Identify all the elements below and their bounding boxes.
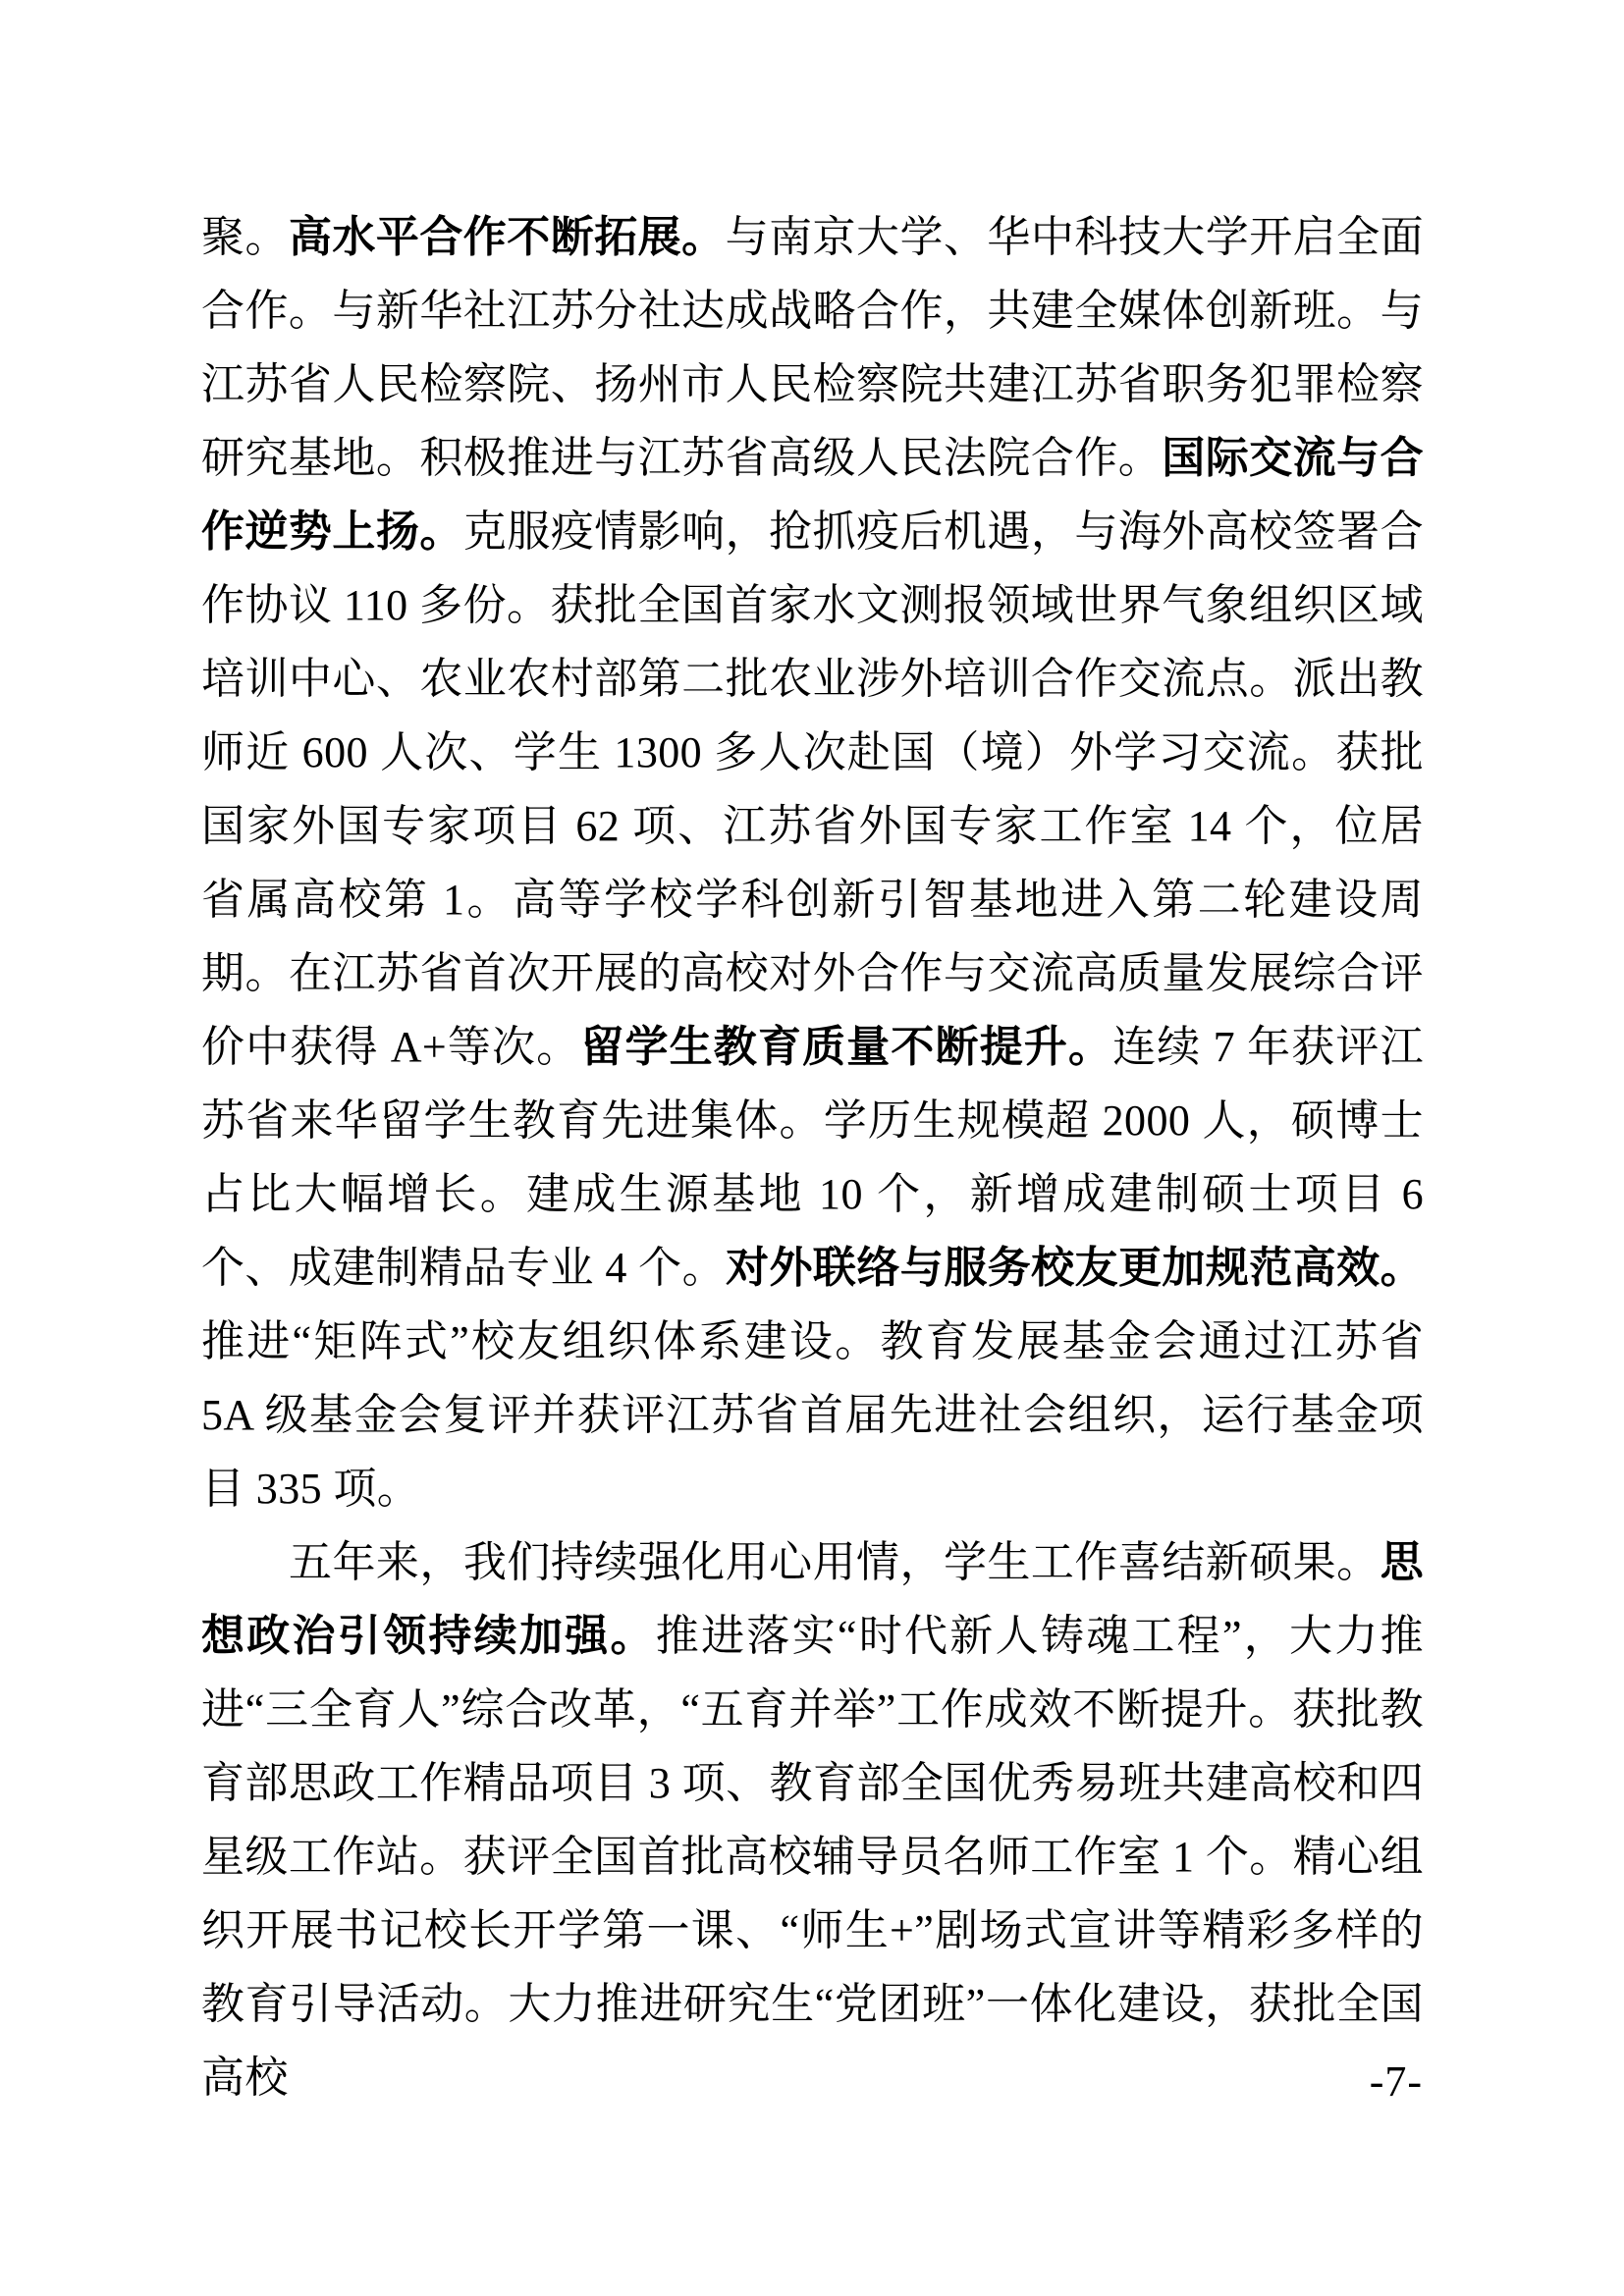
text-run: 克服疫情影响，抢抓疫后机遇，与海外高校签署合作协议 110 多份。获批全国首家水… xyxy=(201,507,1424,1071)
text-run: 五年来，我们持续强化用心用情，学生工作喜结新硕果。 xyxy=(289,1538,1380,1586)
paragraph: 聚。高水平合作不断拓展。与南京大学、华中科技大学开启全面合作。与新华社江苏分社达… xyxy=(201,200,1424,1525)
bold-text-run: 对外联络与服务校友更加规范高效。 xyxy=(726,1244,1424,1292)
paragraph: 五年来，我们持续强化用心用情，学生工作喜结新硕果。思想政治引领持续加强。推进落实… xyxy=(201,1525,1424,2114)
bold-text-run: 留学生教育质量不断提升。 xyxy=(580,1023,1112,1071)
bold-text-run: 高水平合作不断拓展。 xyxy=(289,213,726,261)
document-page: 聚。高水平合作不断拓展。与南京大学、华中科技大学开启全面合作。与新华社江苏分社达… xyxy=(0,0,1624,2296)
document-body: 聚。高水平合作不断拓展。与南京大学、华中科技大学开启全面合作。与新华社江苏分社达… xyxy=(201,200,1424,2114)
text-run: 推进落实“时代新人铸魂工程”，大力推进“三全育人”综合改革，“五育并举”工作成效… xyxy=(201,1612,1424,2102)
text-run: 聚。 xyxy=(201,213,289,261)
text-run: 推进“矩阵式”校友组织体系建设。教育发展基金会通过江苏省 5A 级基金会复评并获… xyxy=(201,1317,1424,1513)
page-number: -7- xyxy=(1370,2058,1423,2106)
